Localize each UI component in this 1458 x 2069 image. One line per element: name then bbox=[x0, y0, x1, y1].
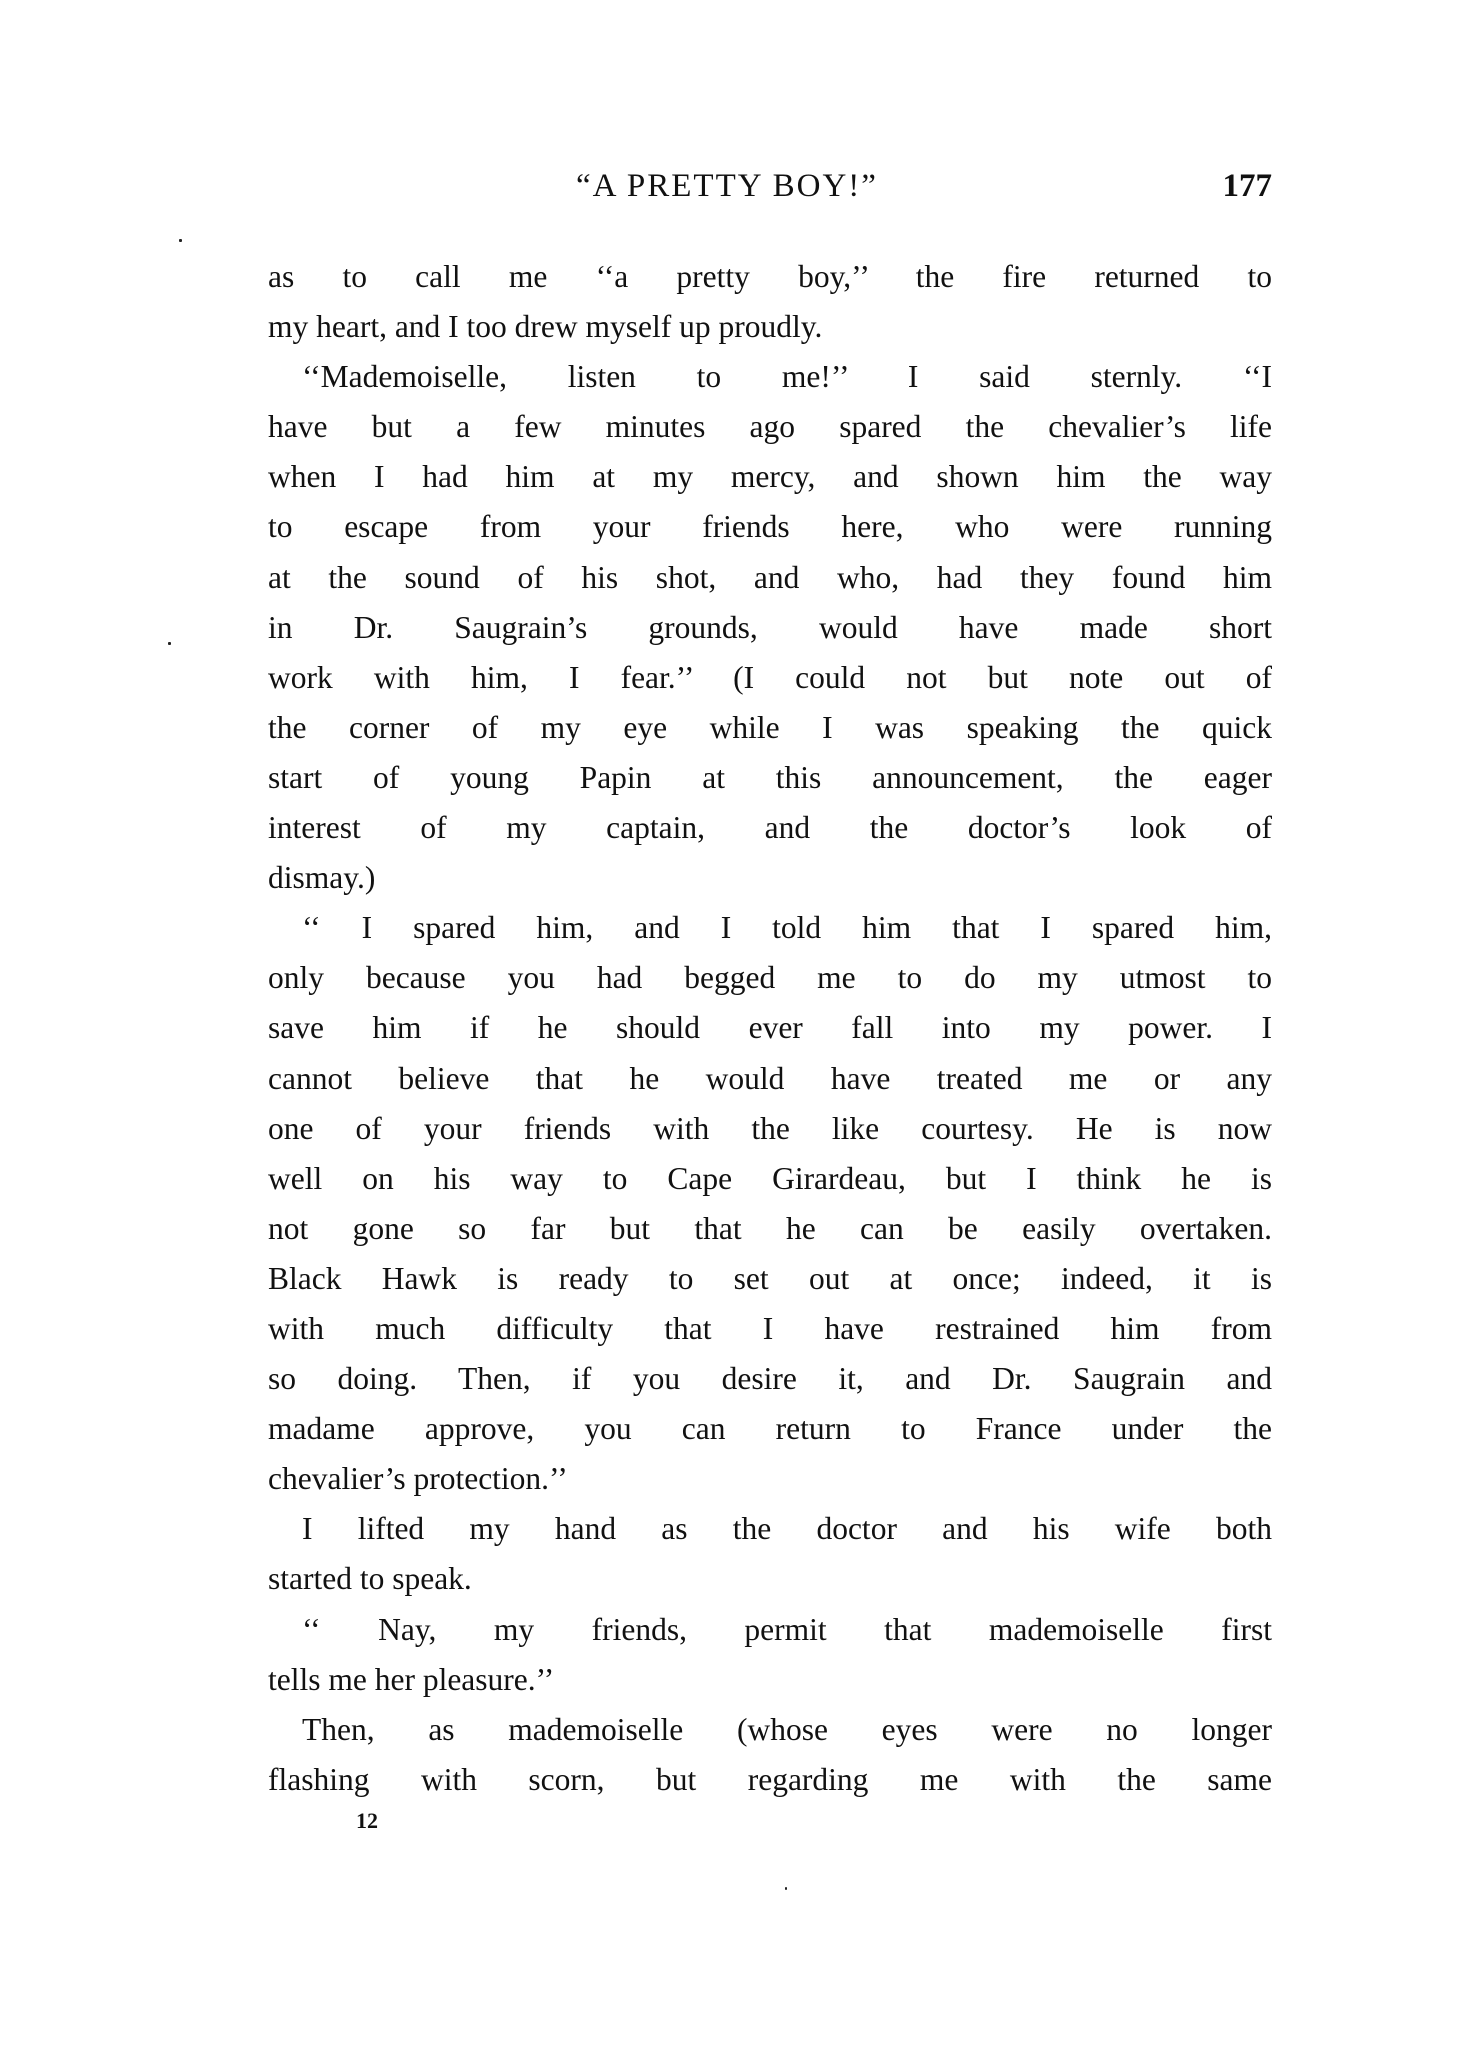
text-line: interest of my captain, and the doctor’s… bbox=[268, 803, 1272, 853]
text-line: my heart, and I too drew myself up proud… bbox=[268, 302, 1272, 352]
text-line: Then, as mademoiselle (whose eyes were n… bbox=[268, 1705, 1272, 1755]
text-line: to escape from your friends here, who we… bbox=[268, 502, 1272, 552]
page-number: 177 bbox=[1223, 168, 1273, 205]
text-line: start of young Papin at this announcemen… bbox=[268, 753, 1272, 803]
text-line: in Dr. Saugrain’s grounds, would have ma… bbox=[268, 603, 1272, 653]
text-line: have but a few minutes ago spared the ch… bbox=[268, 402, 1272, 452]
text-line: dismay.) bbox=[268, 853, 1272, 903]
body-text: as to call me ‘‘a pretty boy,’’ the fire… bbox=[268, 252, 1272, 1805]
text-line: ‘‘ Nay, my friends, permit that mademois… bbox=[268, 1605, 1272, 1655]
signature-mark: 12 bbox=[356, 1808, 378, 1834]
text-line: one of your friends with the like courte… bbox=[268, 1104, 1272, 1154]
book-page: “A PRETTY BOY!” 177 as to call me ‘‘a pr… bbox=[0, 0, 1458, 2069]
text-line: started to speak. bbox=[268, 1554, 1272, 1604]
text-line: ‘‘ I spared him, and I told him that I s… bbox=[268, 903, 1272, 953]
text-line: as to call me ‘‘a pretty boy,’’ the fire… bbox=[268, 252, 1272, 302]
text-line: work with him, I fear.’’ (I could not bu… bbox=[268, 653, 1272, 703]
scan-speck bbox=[785, 1887, 787, 1890]
text-line: tells me her pleasure.’’ bbox=[268, 1655, 1272, 1705]
running-head: “A PRETTY BOY!” 177 bbox=[268, 168, 1272, 208]
text-line: at the sound of his shot, and who, had t… bbox=[268, 553, 1272, 603]
text-line: I lifted my hand as the doctor and his w… bbox=[268, 1504, 1272, 1554]
text-line: Black Hawk is ready to set out at once; … bbox=[268, 1254, 1272, 1304]
running-title: “A PRETTY BOY!” bbox=[576, 168, 878, 205]
text-line: not gone so far but that he can be easil… bbox=[268, 1204, 1272, 1254]
text-line: madame approve, you can return to France… bbox=[268, 1404, 1272, 1454]
text-line: chevalier’s protection.’’ bbox=[268, 1454, 1272, 1504]
text-line: only because you had begged me to do my … bbox=[268, 953, 1272, 1003]
text-line: flashing with scorn, but regarding me wi… bbox=[268, 1755, 1272, 1805]
text-line: with much difficulty that I have restrai… bbox=[268, 1304, 1272, 1354]
text-line: cannot believe that he would have treate… bbox=[268, 1054, 1272, 1104]
text-line: so doing. Then, if you desire it, and Dr… bbox=[268, 1354, 1272, 1404]
text-line: ‘‘Mademoiselle, listen to me!’’ I said s… bbox=[268, 352, 1272, 402]
text-line: save him if he should ever fall into my … bbox=[268, 1003, 1272, 1053]
text-line: when I had him at my mercy, and shown hi… bbox=[268, 452, 1272, 502]
text-line: well on his way to Cape Girardeau, but I… bbox=[268, 1154, 1272, 1204]
scan-speck bbox=[168, 642, 171, 645]
scan-speck bbox=[179, 239, 182, 242]
text-line: the corner of my eye while I was speakin… bbox=[268, 703, 1272, 753]
